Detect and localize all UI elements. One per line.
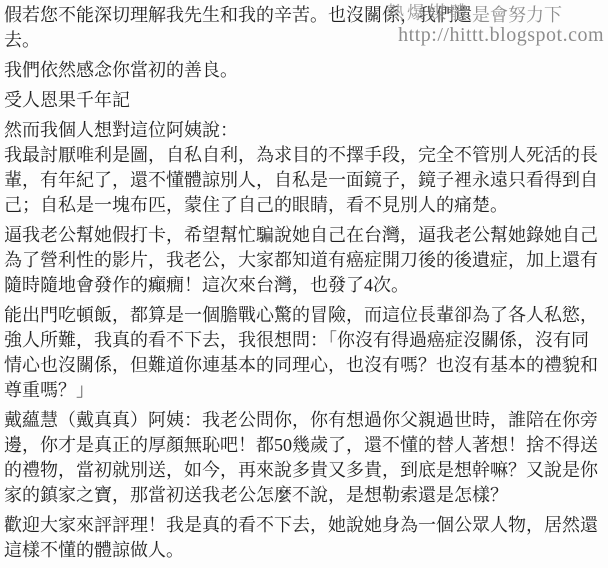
text-run: 歡迎大家來評評理！我是真的看不下去，她說她身為一個公眾人物，居然還這樣不懂的體諒…: [4, 515, 598, 560]
text-run: 是會努力下: [472, 5, 562, 25]
text-run: 逼我老公幫她假打卡，希望幫忙騙說她自己在台灣，逼我老公幫她錄她自己為了營利性的影…: [4, 225, 598, 295]
paragraph: 我們依然感念你當初的善良。: [4, 58, 604, 83]
paragraph: 戴蘊慧（戴真真）阿姨：我老公問你，你有想過你父親過世時，誰陪在你旁邊，你才是真正…: [4, 408, 604, 508]
post-body: 假若您不能深切理解我先生和我的辛苦。也沒關係，我們還是會努力下去。我們依然感念你…: [0, 0, 608, 563]
text-run: 受人恩果千年記: [4, 90, 130, 110]
text-run: 能出門吃頓飯，都算是一個膽戰心驚的冒險，而這位長輩卻為了各人私慾，強人所難，我真…: [4, 305, 598, 400]
paragraph: 受人恩果千年記: [4, 88, 604, 113]
paragraph: 歡迎大家來評評理！我是真的看不下去，她說她身為一個公眾人物，居然還這樣不懂的體諒…: [4, 513, 604, 563]
text-run: 然而我個人想對這位阿姨說：: [4, 120, 238, 140]
text-run: 戴蘊慧（戴真真）阿姨：我老公問你，你有想過你父親過世時，誰陪在你旁邊，你才是真正…: [4, 410, 598, 505]
text-run: 我最討厭唯利是圖，自私自利，為求目的不擇手段，完全不管別人死活的長輩，有年紀了，…: [4, 145, 598, 215]
text-run: 係，我們還: [382, 5, 472, 25]
text-run: 我們依然感念你當初的善良。: [4, 60, 238, 80]
paragraph: 假若您不能深切理解我先生和我的辛苦。也沒關係，我們還是會努力下去。: [4, 3, 604, 53]
post-screenshot-page: 假若您不能深切理解我先生和我的辛苦。也沒關係，我們還是會努力下去。我們依然感念你…: [0, 0, 608, 568]
paragraph: 逼我老公幫她假打卡，希望幫忙騙說她自己在台灣，逼我老公幫她錄她自己為了營利性的影…: [4, 223, 604, 298]
text-run: 去。: [4, 30, 40, 50]
text-run: 假若您不能深切理解我先生和我的辛苦。也沒關: [4, 5, 382, 25]
paragraph: 能出門吃頓飯，都算是一個膽戰心驚的冒險，而這位長輩卻為了各人私慾，強人所難，我真…: [4, 303, 604, 403]
paragraph: 然而我個人想對這位阿姨說：我最討厭唯利是圖，自私自利，為求目的不擇手段，完全不管…: [4, 118, 604, 218]
